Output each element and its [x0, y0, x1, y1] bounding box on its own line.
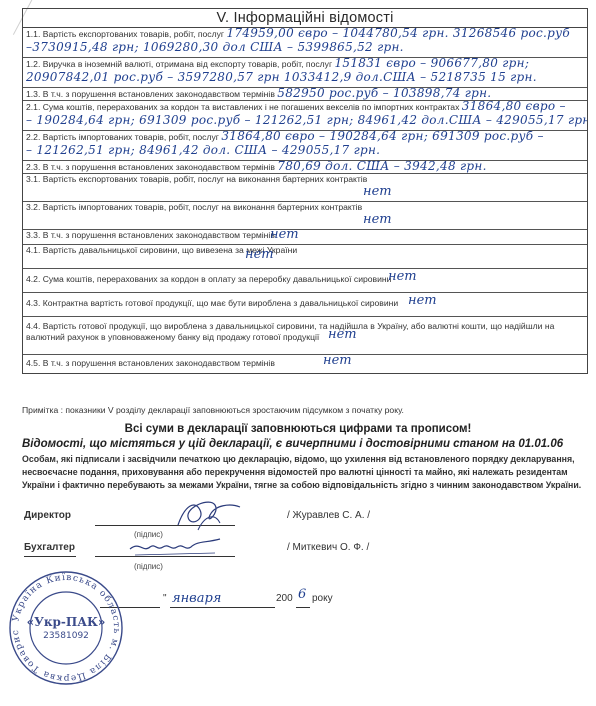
row-value: 31864,80 євро – [462, 101, 566, 113]
row-value: 174959,00 євро – 1044780,54 грн. 3126854… [226, 28, 570, 40]
table-row-1-1: 1.1. Вартість експортованих товарів, роб… [23, 28, 587, 58]
date-year-line [296, 607, 310, 608]
accountant-signature [125, 535, 225, 563]
row-value-line2: –3730915,48 грн; 1069280,30 дол США – 53… [26, 40, 584, 54]
stamp-company-name: «Укр-ПАК» [6, 615, 126, 629]
table-row-3-2: 3.2. Вартість імпортованих товарів, робі… [23, 202, 587, 230]
row-label: 4.4. Вартість готової продукції, що виро… [26, 321, 584, 332]
row-value: нет [245, 249, 274, 260]
table-row-4-2: 4.2. Сума коштів, перерахованих за кордо… [23, 269, 587, 293]
row-value-line2: 20907842,01 рос.руб – 3597280,57 грн 103… [26, 70, 584, 84]
row-value: нет [408, 295, 437, 306]
director-signature [170, 495, 245, 535]
row-label: 1.2. Виручка в іноземній валюті, отриман… [26, 59, 332, 69]
date-month: января [172, 591, 221, 606]
date-quote: " [163, 593, 167, 604]
accountant-signature-caption: (підпис) [134, 562, 163, 571]
section-title: V. Інформаційні відомості [23, 9, 587, 28]
row-label: 2.1. Сума коштів, перерахованих за кордо… [26, 102, 459, 112]
table-row-2-3: 2.3. В т.ч. з порушення встановлених зак… [23, 161, 587, 174]
row-label: 3.1. Вартість експортованих товарів, роб… [26, 174, 367, 184]
accountant-label-underline [24, 556, 76, 557]
table-row-4-1: 4.1. Вартість давальницької сировини, що… [23, 245, 587, 269]
table-row-3-1: 3.1. Вартість експортованих товарів, роб… [23, 174, 587, 202]
row-label: 4.3. Контрактна вартість готової продукц… [26, 298, 398, 308]
information-table: V. Інформаційні відомості 1.1. Вартість … [22, 8, 588, 374]
bold-notice: Всі суми в декларації заповнюються цифра… [0, 423, 596, 435]
stamp-code: 23581092 [6, 631, 126, 641]
italic-notice: Відомості, що містяться у цій декларації… [22, 438, 563, 450]
date-year-digit: 6 [298, 587, 306, 602]
row-label: 1.1. Вартість експортованих товарів, роб… [26, 29, 224, 39]
row-value: 582950 рос.руб – 103898,74 грн. [277, 88, 491, 100]
row-label: 2.2. Вартість імпортованих товарів, робі… [26, 132, 219, 142]
row-value: 31864,80 євро – 190284,64 грн; 691309 ро… [221, 131, 543, 143]
row-value: нет [323, 355, 352, 366]
table-row-2-1: 2.1. Сума коштів, перерахованих за кордо… [23, 101, 587, 131]
section-note: Примітка : показники V розділу деклараці… [22, 405, 404, 415]
date-year-suffix: року [312, 593, 333, 604]
date-month-line [170, 607, 275, 608]
row-label: 4.2. Сума коштів, перерахованих за кордо… [26, 274, 391, 284]
table-row-4-3: 4.3. Контрактна вартість готової продукц… [23, 293, 587, 317]
row-label: 1.3. В т.ч. з порушення встановлених зак… [26, 89, 275, 99]
table-row-4-5: 4.5. В т.ч. з порушення встановлених зак… [23, 355, 587, 373]
row-value-line2: – 121262,51 грн; 84961,42 дол. США – 429… [26, 143, 584, 157]
row-value: 780,69 дол. США – 3942,48 грн. [277, 161, 486, 173]
row-value-line2: – 190284,64 грн; 691309 рос.руб – 121262… [26, 113, 584, 127]
director-name: / Журавлев С. А. / [287, 510, 370, 521]
date-year-prefix: 200 [276, 593, 293, 604]
table-row-1-3: 1.3. В т.ч. з порушення встановлених зак… [23, 88, 587, 101]
row-value: нет [363, 214, 392, 225]
row-label-line2: валютний рахунок в уповноваженому банку … [26, 332, 319, 342]
director-label: Директор [24, 510, 71, 521]
table-row-4-4: 4.4. Вартість готової продукції, що виро… [23, 317, 587, 355]
accountant-label: Бухгалтер [24, 542, 75, 553]
row-label: 4.5. В т.ч. з порушення встановлених зак… [26, 358, 275, 368]
table-row-2-2: 2.2. Вартість імпортованих товарів, робі… [23, 131, 587, 161]
row-value: нет [363, 186, 392, 197]
row-label: 3.2. Вартість імпортованих товарів, робі… [26, 202, 362, 212]
row-value: нет [388, 271, 417, 282]
row-value: нет [328, 329, 357, 340]
liability-paragraph: Особам, які підписали і засвідчили печат… [22, 453, 582, 492]
table-row-1-2: 1.2. Виручка в іноземній валюті, отриман… [23, 58, 587, 88]
company-stamp: Україна Київська область м. Біла Церква … [6, 563, 126, 693]
row-label: 2.3. В т.ч. з порушення встановлених зак… [26, 162, 275, 172]
table-row-3-3: 3.3. В т.ч. з порушення встановлених зак… [23, 230, 587, 245]
row-label: 3.3. В т.ч. з порушення встановлених зак… [26, 230, 275, 240]
row-value: 151831 євро – 906677,80 грн; [335, 58, 530, 70]
row-value: нет [270, 230, 299, 240]
accountant-name: / Миткевич О. Ф. / [287, 542, 369, 553]
